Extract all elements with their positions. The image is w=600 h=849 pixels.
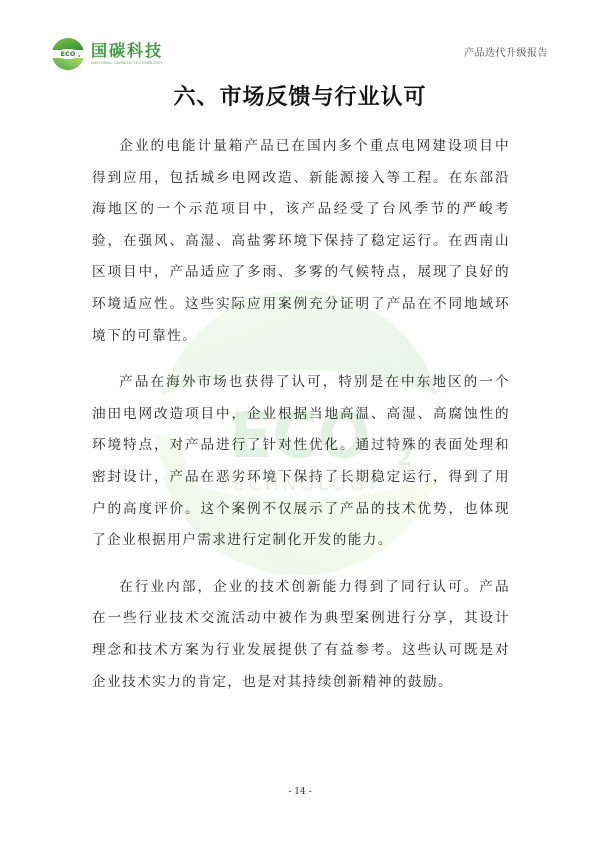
eco-leaf-icon: ECO 2 (51, 37, 85, 71)
svg-text:2: 2 (78, 54, 80, 58)
paragraph: 产品在海外市场也获得了认可，特别是在中东地区的一个油田电网改造项目中，企业根据当… (92, 367, 510, 557)
company-name-cn: 国碳科技 (91, 42, 163, 60)
svg-text:ECO: ECO (61, 50, 76, 58)
paragraph: 在行业内部，企业的技术创新能力得到了同行认可。产品在一些行业技术交流活动中被作为… (92, 572, 510, 698)
section-title: 六、市场反馈与行业认可 (0, 80, 600, 111)
report-title-header: 产品迭代升级报告 (464, 44, 548, 59)
paragraph: 企业的电能计量箱产品已在国内多个重点电网建设项目中得到应用，包括城乡电网改造、新… (92, 131, 510, 352)
section-body: 企业的电能计量箱产品已在国内多个重点电网建设项目中得到应用，包括城乡电网改造、新… (92, 131, 510, 713)
page-number: - 14 - (0, 787, 600, 797)
company-name-en: NATIONAL CARBON TECHNOLOGY (91, 60, 163, 66)
company-logo: ECO 2 国碳科技 NATIONAL CARBON TECHNOLOGY (51, 34, 163, 74)
document-page: ECO 2 国碳科技 NATIONAL CARBON TECHNOLOGY 产品… (0, 0, 600, 849)
